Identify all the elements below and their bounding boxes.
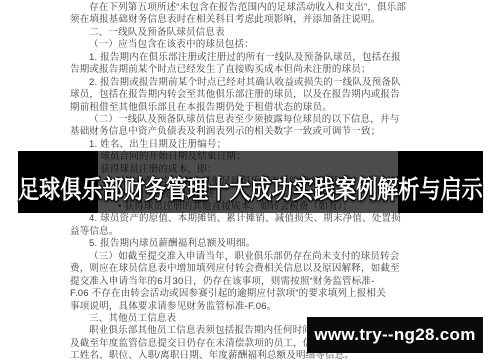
document-line: 提交准入申请当年的6月30日，仍存在该事项，则需按照“财务监管标准- (0, 276, 500, 288)
headline-title: 足球俱乐部财务管理十大成功实践案例解析与启示 (18, 170, 483, 206)
document-line: 期前租借至其他俱乐部且在本报告期仍处于租借状态的球员。 (0, 102, 500, 114)
document-line: 益等信息。 (0, 226, 500, 238)
document-line: 告期或报告期前某个时点已经发生了直接购买成本但尚未注册的球员； (0, 64, 500, 76)
document-line: 事项说明，具体要求请参见财务监管标准-F.06。 (0, 301, 500, 313)
document-line: 2. 报告期或报告期前某个时点已经对其确认收益或损失的一线队及预备队 (0, 77, 500, 89)
document-line: 存在下列第五项所述“未包含在报告范围内的足球活动收入和支出”，俱乐部 (0, 2, 500, 14)
document-line: 须在填报基础财务信息表时在相关科目考虑此项影响，并添加备注说明。 (0, 14, 500, 26)
document-line: 1. 姓名、出生日期及注册编号； (0, 139, 500, 151)
document-line: 4. 球员资产的原值、本期摊销、累计摊销、减值损失、期末净值、处置损 (0, 213, 500, 225)
document-line: （一）应当包含在该表中的球员包括： (0, 39, 500, 51)
document-line: 1. 报告期内在俱乐部注册或注册过的所有一线队及预备队球员，包括在报 (0, 52, 500, 64)
document-line: 费，则应在球员信息表中增加填列应付转会费相关信息以及原因解释，如截至 (0, 263, 500, 275)
document-line: 球员，包括在报告期内转会至其他俱乐部注册的球员，以及在报告期内或报告 (0, 89, 500, 101)
watermark-box: www.try--ng28.com (307, 317, 483, 353)
page-background: 存在下列第五项所述“未包含在报告范围内的足球活动收入和支出”，俱乐部须在填报基础… (0, 0, 500, 362)
document-line: F.06 不存在由转会活动或因参赛引起的逾期应付款项”的要求填列上报相关 (0, 288, 500, 300)
document-line: 5. 报告期内球员薪酬福利总额及明细。 (0, 238, 500, 250)
document-line: 二、一线队及预备队球员信息表 (0, 27, 500, 39)
document-line: （二）一线队及预备队球员信息表至少须披露每位球员的以下信息，并与 (0, 114, 500, 126)
watermark-url: www.try--ng28.com (314, 325, 475, 345)
document-line: 基础财务信息中资产负债表及利润表列示的相关数字一致或可调节一致； (0, 126, 500, 138)
document-line: （三）如截至提交准入申请当年，职业俱乐部仍存在尚未支付的球员转会 (0, 251, 500, 263)
